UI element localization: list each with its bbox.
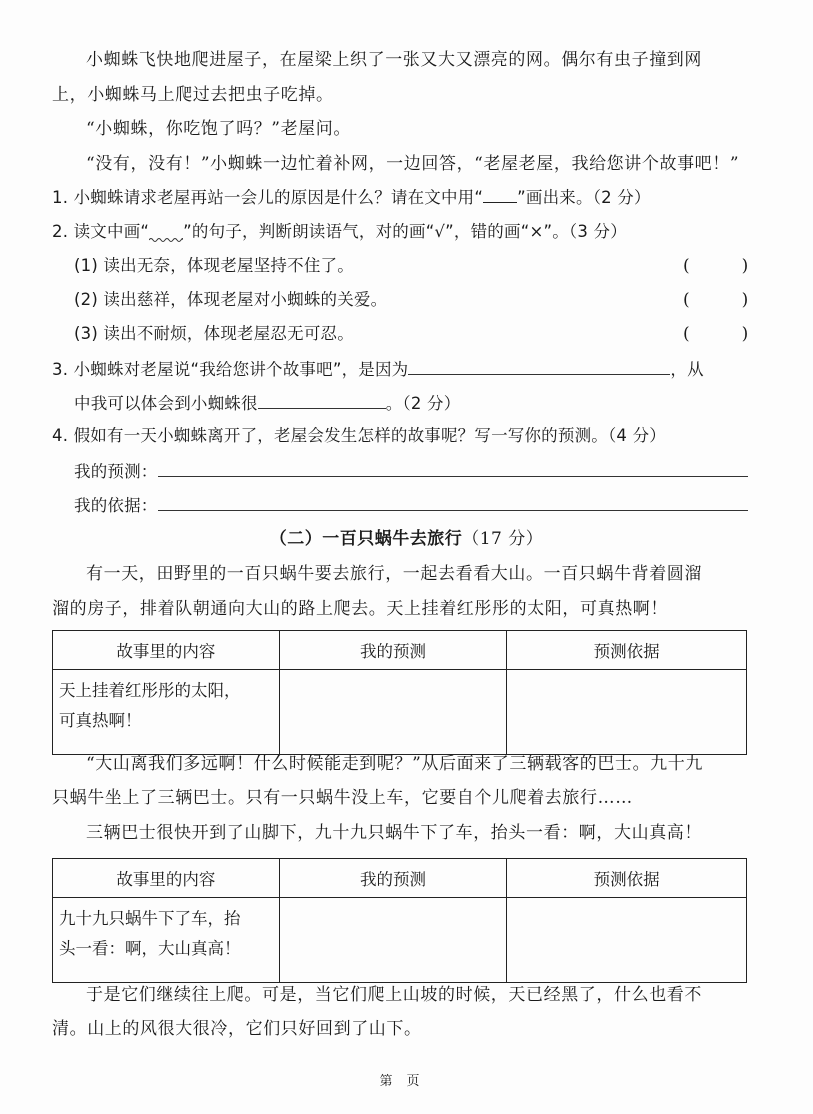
question-3-line2-prefix: 中我可以体会到小蜘蛛很 [74, 394, 258, 413]
table-header-content: 故事里的内容 [53, 631, 280, 670]
story-paragraph-continued: 只蜗牛坐上了三辆巴士。只有一只蜗牛没上车，它要自个儿爬着去旅行…… [52, 786, 633, 810]
question-4: 4. 假如有一天小蜘蛛离开了，老屋会发生怎样的故事呢？写一写你的预测。（4 分） [52, 424, 666, 448]
prediction-table-1: 故事里的内容 我的预测 预测依据 天上挂着红彤彤的太阳， 可真热啊！ [52, 630, 747, 755]
question-2-option-1: (1) 读出无奈，体现老屋坚持不住了。 [74, 254, 354, 278]
wavy-underline-marker [149, 223, 183, 237]
question-2-option-2: (2) 读出慈祥，体现老屋对小蜘蛛的关爱。 [74, 288, 387, 312]
story-paragraph: “大山离我们多远啊！什么时候能走到呢？”从后面来了三辆载客的巴士。九十九 [86, 752, 703, 776]
answer-blank-feeling[interactable] [258, 390, 386, 409]
question-1-prefix: 1. 小蜘蛛请求老屋再站一会儿的原因是什么？请在文中用“ [52, 188, 483, 207]
table-cell-basis[interactable] [507, 670, 747, 755]
cell-text-line: 天上挂着红彤彤的太阳， [59, 676, 273, 706]
table-row: 九十九只蜗牛下了车，抬 头一看：啊，大山真高！ [53, 898, 747, 983]
story-paragraph-continued: 溜的房子，排着队朝通向大山的路上爬去。天上挂着红彤彤的太阳，可真热啊！ [52, 597, 668, 621]
answer-blank-reason[interactable] [408, 356, 670, 375]
table-cell-basis[interactable] [507, 898, 747, 983]
prediction-answer-line[interactable] [158, 458, 748, 477]
prediction-label: 我的预测： [74, 462, 158, 481]
basis-answer-line[interactable] [158, 492, 748, 511]
passage-paragraph: “小蜘蛛，你吃饱了吗？”老屋问。 [86, 117, 351, 141]
question-2-prefix: 2. 读文中画“ [52, 222, 149, 241]
worksheet-page: 小蜘蛛飞快地爬进屋子，在屋梁上织了一张又大又漂亮的网。偶尔有虫子撞到网 上，小蜘… [0, 0, 813, 1114]
question-2: 2. 读文中画“”的句子，判断朗读语气，对的画“√”，错的画“×”。（3 分） [52, 220, 627, 244]
table-cell-prediction[interactable] [279, 670, 507, 755]
question-3-line-1: 3. 小蜘蛛对老屋说“我给您讲个故事吧”，是因为，从 [52, 356, 704, 382]
question-3-mid: ，从 [670, 360, 703, 379]
section-title-text: （二）一百只蜗牛去旅行 [270, 529, 463, 549]
table-header-prediction: 我的预测 [279, 859, 507, 898]
question-3-prefix: 3. 小蜘蛛对老屋说“我给您讲个故事吧”，是因为 [52, 360, 408, 379]
table-header-basis: 预测依据 [507, 859, 747, 898]
basis-label: 我的依据： [74, 496, 158, 515]
passage-paragraph: 小蜘蛛飞快地爬进屋子，在屋梁上织了一张又大又漂亮的网。偶尔有虫子撞到网 [86, 48, 702, 72]
table-header-prediction: 我的预测 [279, 631, 507, 670]
section-points: （17 分） [462, 529, 543, 549]
table-header-content: 故事里的内容 [53, 859, 280, 898]
answer-box-3[interactable]: ( ) [683, 322, 754, 346]
cell-text-line: 九十九只蜗牛下了车，抬 [59, 904, 273, 934]
answer-box-2[interactable]: ( ) [683, 288, 754, 312]
question-3-line-2: 中我可以体会到小蜘蛛很。（2 分） [74, 390, 460, 416]
question-2-suffix: ”的句子，判断朗读语气，对的画“√”，错的画“×”。（3 分） [183, 222, 627, 241]
table-header-basis: 预测依据 [507, 631, 747, 670]
question-1-suffix: ”画出来。（2 分） [517, 188, 651, 207]
story-paragraph-continued: 清。山上的风很大很冷，它们只好回到了山下。 [52, 1017, 422, 1041]
question-4-prediction-row: 我的预测： [74, 458, 748, 484]
question-4-basis-row: 我的依据： [74, 492, 748, 518]
page-number-label: 第页 [0, 1070, 813, 1089]
answer-box-1[interactable]: ( ) [683, 254, 754, 278]
table-cell-content: 天上挂着红彤彤的太阳， 可真热啊！ [53, 670, 280, 755]
passage-paragraph: “没有，没有！”小蜘蛛一边忙着补网，一边回答，“老屋老屋，我给您讲个故事吧！” [86, 152, 739, 176]
story-paragraph: 三辆巴士很快开到了山脚下，九十九只蜗牛下了车，抬头一看：啊，大山真高！ [86, 821, 702, 845]
prediction-table-2: 故事里的内容 我的预测 预测依据 九十九只蜗牛下了车，抬 头一看：啊，大山真高！ [52, 858, 747, 983]
story-paragraph: 有一天，田野里的一百只蜗牛要去旅行，一起去看看大山。一百只蜗牛背着圆溜 [86, 562, 702, 586]
table-cell-content: 九十九只蜗牛下了车，抬 头一看：啊，大山真高！ [53, 898, 280, 983]
passage-paragraph-continued: 上，小蜘蛛马上爬过去把虫子吃掉。 [52, 83, 334, 107]
cell-text-line: 可真热啊！ [59, 706, 273, 736]
straight-underline-marker [483, 188, 517, 203]
question-3-suffix: 。（2 分） [386, 394, 461, 413]
section-title: （二）一百只蜗牛去旅行（17 分） [0, 524, 813, 549]
question-1: 1. 小蜘蛛请求老屋再站一会儿的原因是什么？请在文中用“”画出来。（2 分） [52, 186, 651, 210]
cell-text-line: 头一看：啊，大山真高！ [59, 934, 273, 964]
story-paragraph: 于是它们继续往上爬。可是，当它们爬上山坡的时候，天已经黑了，什么也看不 [86, 983, 702, 1007]
table-row: 天上挂着红彤彤的太阳， 可真热啊！ [53, 670, 747, 755]
table-cell-prediction[interactable] [279, 898, 507, 983]
question-2-option-3: (3) 读出不耐烦，体现老屋忍无可忍。 [74, 322, 354, 346]
